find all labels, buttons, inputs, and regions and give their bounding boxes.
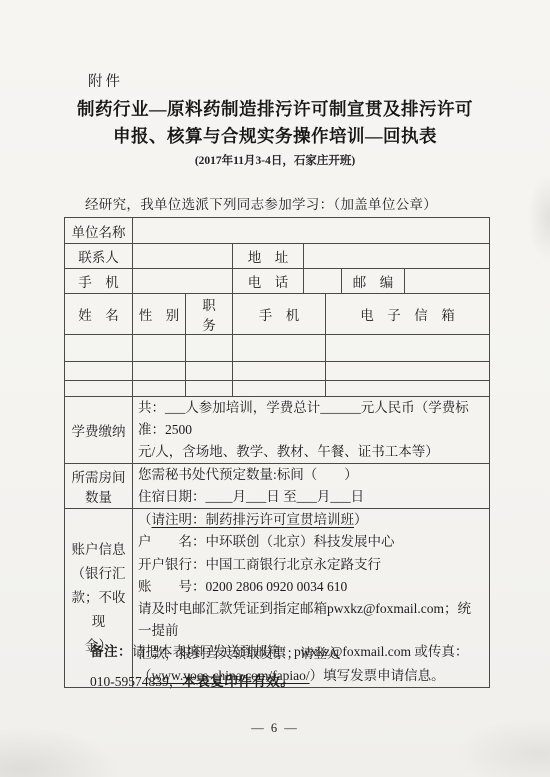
attendee-row: [65, 381, 490, 397]
contact-row: 联系人 地 址: [65, 244, 490, 269]
account-note-line: （请注明：制药排污许可宣贯培训班）: [138, 509, 484, 531]
tuition-row: 学费缴纳 共：___人参加培训，学费总计______元人民币（学费标准：2500…: [65, 397, 490, 464]
mobile-label: 手 机: [65, 269, 133, 294]
org-name-row: 单位名称: [65, 218, 490, 244]
job-title-column-header: 职 务: [186, 294, 233, 335]
zip-label: 邮 编: [342, 269, 405, 294]
attendee-cell: [65, 381, 133, 397]
attendee-header-row: 姓 名 性 别 职 务 手 机 电 子 信 箱: [65, 294, 490, 335]
remark-bold-text: 本表复印件有效。: [182, 674, 294, 689]
phone-value: [304, 269, 342, 294]
page-number: — 6 —: [0, 721, 550, 736]
attendee-cell: [326, 362, 490, 381]
attendee-cell: [133, 335, 186, 362]
document-title-line2: 申报、核算与合规实务操作培训—回执表: [0, 123, 550, 148]
org-name-label: 单位名称: [65, 218, 133, 244]
gender-column-header: 性 别: [133, 294, 186, 335]
attendee-cell: [233, 381, 326, 397]
account-bank-line: 开户银行：中国工商银行北京永定路支行: [138, 554, 484, 576]
attendee-cell: [186, 362, 233, 381]
address-value: [304, 244, 490, 269]
contact-label: 联系人: [65, 244, 133, 269]
attendee-cell: [233, 335, 326, 362]
attendee-cell: [133, 362, 186, 381]
attendee-cell: [186, 335, 233, 362]
attendee-cell: [326, 335, 490, 362]
remark-block: 备注：请把本表填写发送到邮箱：pwxkz@foxmail.com 或传真： 01…: [90, 637, 490, 697]
contact-value: [133, 244, 233, 269]
attendee-cell: [133, 381, 186, 397]
tuition-label: 学费缴纳: [65, 397, 133, 464]
attendee-rows: [65, 335, 490, 397]
document-page: 附件 制药行业—原料药制造排污许可制宣贯及排污许可 申报、核算与合规实务操作培训…: [0, 0, 550, 777]
attendee-cell: [186, 381, 233, 397]
mobile-row: 手 机 电 话 邮 编: [65, 269, 490, 294]
attendee-cell: [65, 335, 133, 362]
tuition-text: 共：___人参加培训，学费总计______元人民币（学费标准：2500 元/人，…: [133, 397, 490, 464]
attendee-cell: [65, 362, 133, 381]
registration-table: 单位名称 联系人 地 址 手 机 电 话 邮 编 姓 名 性 别 职 务: [64, 217, 490, 688]
intro-text: 经研究，我单位选派下列同志参加学习：（加盖单位公章）: [85, 193, 437, 213]
attendee-cell: [326, 381, 490, 397]
account-number-line: 账 号：0200 2806 0920 0034 610: [138, 576, 484, 598]
phone-label: 电 话: [233, 269, 304, 294]
attachment-label: 附件: [88, 70, 123, 91]
mobile-column-header: 手 机: [233, 294, 326, 335]
email-column-header: 电 子 信 箱: [326, 294, 490, 335]
mobile-value: [133, 269, 233, 294]
attendee-row: [65, 335, 490, 362]
rooms-dates-line: 住宿日期：____月___日 至___月___日: [138, 486, 484, 508]
document-title-line1: 制药行业—原料药制造排污许可制宣贯及排污许可: [0, 96, 550, 121]
zip-value: [405, 269, 490, 294]
rooms-label: 所需房间 数量: [65, 464, 133, 509]
rooms-row: 所需房间 数量 您需秘书处代预定数量:标间（ ） 住宿日期：____月___日 …: [65, 464, 490, 509]
name-column-header: 姓 名: [65, 294, 133, 335]
org-name-value: [133, 218, 490, 244]
rooms-text: 您需秘书处代预定数量:标间（ ） 住宿日期：____月___日 至___月___…: [133, 464, 490, 509]
account-holder-line: 户 名：中环联创（北京）科技发展中心: [138, 531, 484, 553]
remark-label: 备注：: [90, 644, 132, 659]
attendee-cell: [233, 362, 326, 381]
address-label: 地 址: [233, 244, 304, 269]
account-note-underlined: 请注明：制药排污许可宣贯培训班: [152, 512, 355, 527]
session-date: (2017年11月3-4日，石家庄开班): [0, 152, 550, 168]
rooms-quantity-line: 您需秘书处代预定数量:标间（ ）: [138, 464, 484, 486]
attendee-row: [65, 362, 490, 381]
